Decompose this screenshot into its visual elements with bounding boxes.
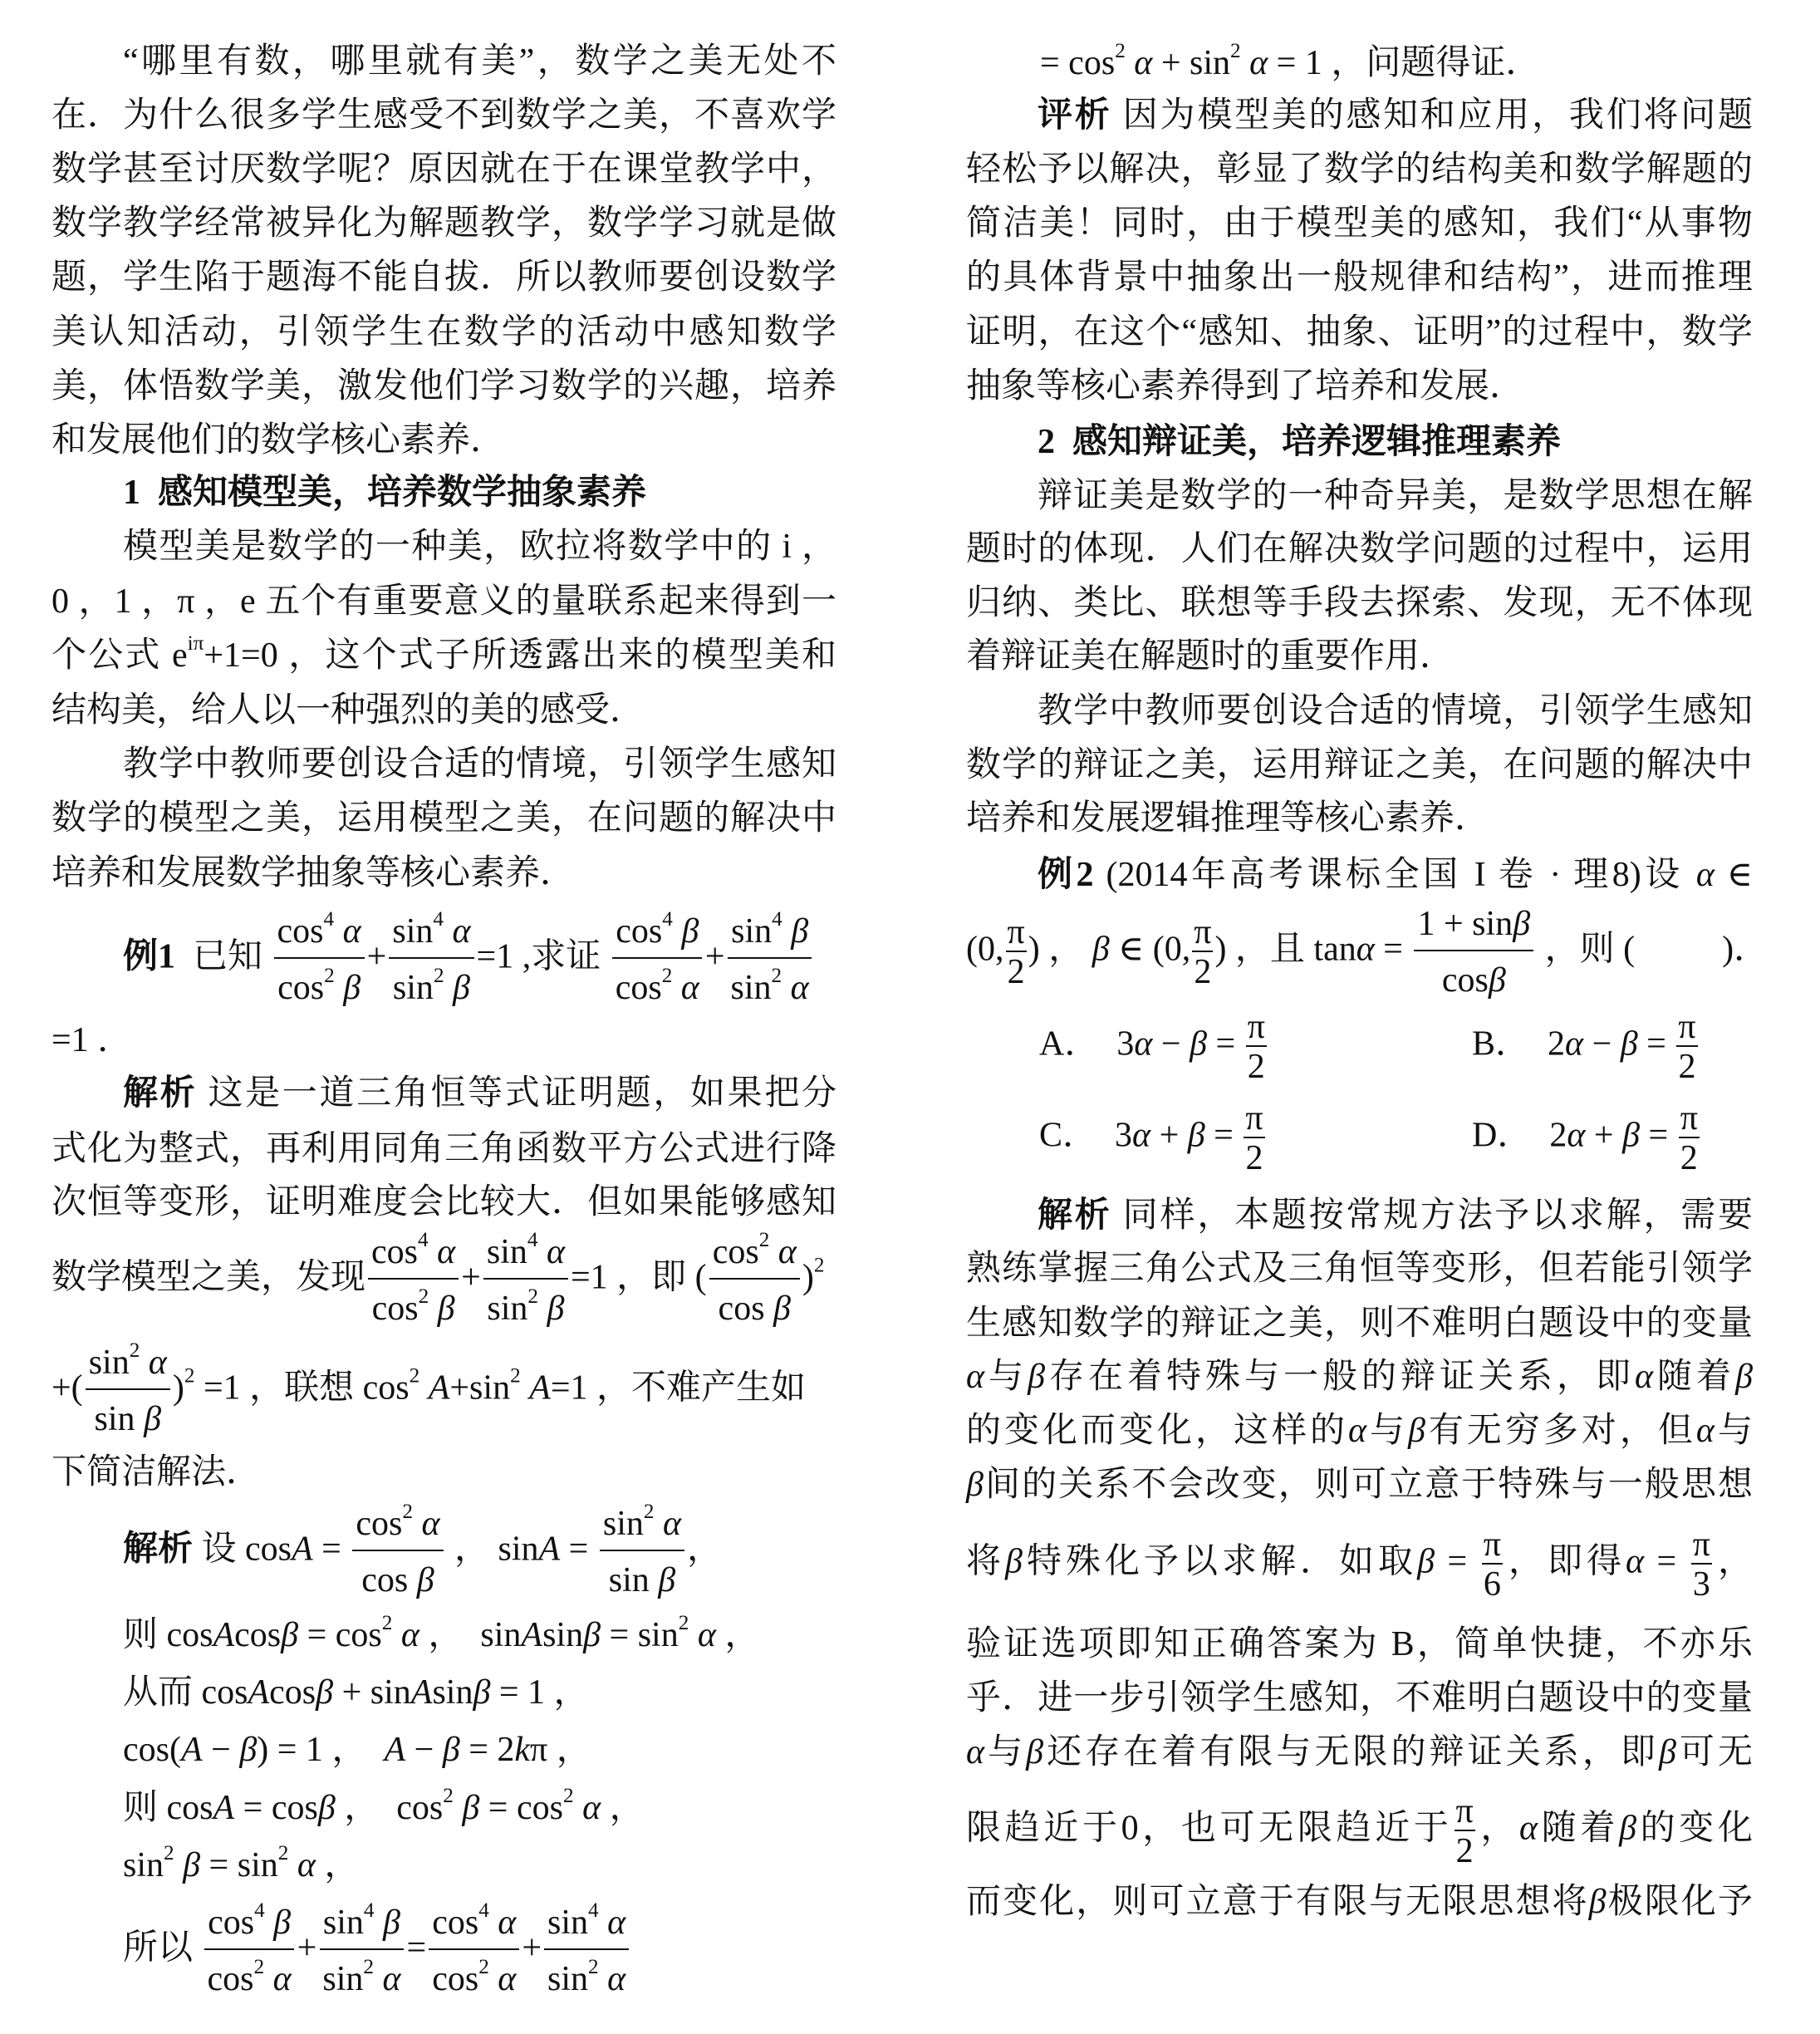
- math-variable: β: [1417, 1543, 1435, 1581]
- math-fraction: π2: [1006, 916, 1027, 989]
- text-run: π: [1680, 1099, 1698, 1137]
- math-variable: β: [1619, 1810, 1636, 1848]
- text-run: 特殊化予以求解．如取: [1023, 1543, 1417, 1581]
- text-run: 验证选项即知正确答案为 B，简单快捷，不亦乐: [966, 1625, 1753, 1663]
- fraction-numerator: π: [1246, 1010, 1267, 1047]
- fraction-numerator: π: [1455, 1795, 1475, 1831]
- commentary-paragraph-line: 的具体背景中抽象出一般规律和结构”，进而推理: [966, 257, 1753, 298]
- fraction-denominator: 2: [1006, 952, 1027, 989]
- text-run: −: [1583, 1025, 1621, 1064]
- example-2-analysis-line: 验证选项即知正确答案为 B，简单快捷，不亦乐: [966, 1624, 1753, 1665]
- text-run: =: [1640, 1117, 1677, 1155]
- math-variable: α: [1348, 1412, 1366, 1450]
- math-variable: α: [1134, 44, 1152, 82]
- text-run: = 1 ，问题得证．: [1268, 44, 1540, 82]
- fraction-numerator: π: [1006, 916, 1027, 952]
- math-variable: β: [1190, 1025, 1207, 1064]
- example-2-option-c: C． 3α + β = π2: [1039, 1102, 1267, 1175]
- text-run: =: [1644, 1543, 1690, 1581]
- commentary-paragraph-line: 抽象等核心素养得到了培养和发展．: [966, 366, 1524, 407]
- right-column: = cos2 α + sin2 α = 1 ，问题得证． 评析 因为模型美的感知…: [0, 0, 1820, 2034]
- text-run: =: [1375, 931, 1412, 969]
- text-run: =: [1207, 1025, 1244, 1064]
- text-run: [1126, 44, 1135, 82]
- math-variable: β: [966, 1466, 984, 1504]
- bold-label: 例2: [1038, 856, 1094, 894]
- example-2-option-a: A． 3α − β = π2: [1039, 1010, 1268, 1083]
- dialectical-beauty-paragraph-line: 题时的体现．人们在解决数学问题的过程中，运用: [966, 528, 1753, 570]
- math-variable: α: [1565, 1025, 1583, 1064]
- text-run: A． 3: [1039, 1025, 1134, 1064]
- math-superscript: 2: [1115, 40, 1126, 62]
- fraction-numerator: π: [1192, 916, 1213, 952]
- text-run: 抽象等核心素养得到了培养和发展．: [966, 367, 1524, 405]
- text-run: 随着: [1538, 1810, 1619, 1848]
- example-2-analysis-line: 而变化，则可立意于有限与无限思想将β极限化予: [966, 1881, 1753, 1923]
- text-run: 与: [1366, 1412, 1408, 1450]
- fraction-numerator: π: [1691, 1528, 1712, 1565]
- math-fraction: π3: [1691, 1528, 1712, 1601]
- text-run: 的具体背景中抽象出一般规律和结构”，进而推理: [966, 258, 1753, 297]
- example-2-analysis-line: 乎．进一步引领学生感知，不难明白题设中的变量: [966, 1678, 1753, 1719]
- text-run: ∈ (0,: [1110, 931, 1191, 969]
- math-variable: β: [1621, 1025, 1638, 1064]
- text-run: 着辩证美在解题时的重要作用．: [966, 637, 1455, 676]
- text-run: 2: [1194, 953, 1211, 991]
- text-run: 与: [984, 1358, 1028, 1396]
- example-2-analysis-line: 的变化而变化，这样的α与β有无穷多对，但α与: [966, 1410, 1753, 1452]
- example-2-option-b: B． 2α − β = π2: [1472, 1010, 1700, 1083]
- text-run: 6: [1484, 1565, 1501, 1604]
- commentary-paragraph-line: 简洁美！同时，由于模型美的感知，我们“从事物: [966, 203, 1753, 244]
- text-run: π: [1248, 1008, 1265, 1046]
- math-variable: α: [1696, 856, 1715, 894]
- teaching-paragraph-line: 数学的辩证之美，运用辩证之美，在问题的解决中: [966, 744, 1753, 786]
- text-run: 2: [1678, 1048, 1695, 1086]
- text-run: 限趋近于0，也可无限趋近于: [966, 1810, 1453, 1848]
- math-variable: β: [1408, 1412, 1425, 1450]
- text-run: 3: [1693, 1565, 1710, 1604]
- math-fraction: π6: [1482, 1528, 1503, 1601]
- example-2-analysis-line: 限趋近于0，也可无限趋近于π2，α随着β的变化: [966, 1795, 1753, 1868]
- text-run: ) ，且 tan: [1214, 931, 1356, 969]
- math-variable: β: [1513, 905, 1530, 943]
- text-run: + sin: [1152, 44, 1230, 82]
- fraction-denominator: 2: [1455, 1831, 1475, 1868]
- text-run: 2: [1680, 1139, 1698, 1177]
- text-run: 将: [966, 1543, 1005, 1581]
- math-variable: α: [966, 1733, 984, 1771]
- text-run: 存在着特殊与一般的辩证关系，即: [1045, 1358, 1635, 1396]
- commentary-paragraph-line: 轻松予以解决，彰显了数学的结构美和数学解题的: [966, 149, 1753, 190]
- fraction-denominator: 2: [1192, 952, 1213, 989]
- text-run: −: [1152, 1025, 1190, 1064]
- math-fraction: π2: [1244, 1102, 1264, 1175]
- text-run: 2: [1245, 1139, 1263, 1177]
- text-run: 熟练掌握三角公式及三角恒等变形，但若能引领学: [966, 1250, 1753, 1288]
- text-run: 教学中教师要创设合适的情境，引领学生感知: [1038, 692, 1753, 730]
- math-variable: α: [1696, 1412, 1715, 1450]
- teaching-paragraph-line: 教学中教师要创设合适的情境，引领学生感知: [1038, 690, 1753, 732]
- text-run: ，则 ( )．: [1536, 931, 1768, 969]
- teaching-paragraph-line: 培养和发展逻辑推理等核心素养．: [966, 798, 1489, 839]
- journal-page: “哪里有数，哪里就有美”，数学之美无处不 在．为什么很多学生感受不到数学之美，不…: [0, 0, 1820, 2034]
- fraction-numerator: 1 + sinβ: [1414, 905, 1533, 951]
- text-run: ，即得: [1504, 1543, 1626, 1581]
- math-variable: α: [1567, 1117, 1585, 1155]
- math-variable: β: [1028, 1358, 1045, 1396]
- fraction-numerator: π: [1244, 1102, 1264, 1138]
- text-run: 还存在着有限与无限的辩证关系，即: [1043, 1733, 1659, 1771]
- text-run: 与: [1715, 1412, 1753, 1450]
- text-run: 可无: [1676, 1733, 1753, 1771]
- math-fraction: π2: [1192, 916, 1213, 989]
- example-2-analysis-line: 解析 同样，本题按常规方法予以求解，需要: [1038, 1195, 1753, 1236]
- text-run: π: [1245, 1099, 1263, 1137]
- text-run: 培养和发展逻辑推理等核心素养．: [966, 799, 1489, 838]
- fraction-denominator: 2: [1679, 1138, 1700, 1175]
- fraction-denominator: 2: [1246, 1047, 1267, 1083]
- fraction-numerator: π: [1676, 1010, 1697, 1047]
- example-2-option-d: D． 2α + β = π2: [1472, 1102, 1701, 1175]
- text-run: cos: [1442, 961, 1489, 1000]
- math-variable: α: [1249, 44, 1268, 82]
- math-superscript: 2: [1230, 40, 1241, 62]
- text-run: π: [1484, 1525, 1501, 1564]
- text-run: 轻松予以解决，彰显了数学的结构美和数学解题的: [966, 150, 1753, 189]
- text-run: D． 2: [1472, 1117, 1567, 1155]
- text-run: B． 2: [1472, 1025, 1565, 1064]
- fraction-denominator: 2: [1676, 1047, 1697, 1083]
- text-run: 的变化而变化，这样的: [966, 1412, 1348, 1450]
- text-run: 2: [1248, 1048, 1265, 1086]
- text-run: 数学的辩证之美，运用辩证之美，在问题的解决中: [966, 746, 1753, 784]
- text-run: (0,: [966, 931, 1004, 969]
- text-run: 与: [984, 1733, 1026, 1771]
- fraction-numerator: π: [1679, 1102, 1700, 1138]
- text-run: 2: [1008, 953, 1025, 991]
- text-run: 2 感知辩证美，培养逻辑推理素养: [1038, 423, 1561, 461]
- text-run: (2014年高考课标全国 I 卷 · 理8)设: [1094, 856, 1696, 894]
- text-run: C． 3: [1039, 1117, 1132, 1155]
- math-variable: α: [1134, 1025, 1152, 1064]
- example-2-analysis-line: α与β还存在着有限与无限的辩证关系，即β可无: [966, 1732, 1753, 1773]
- text-run: 间的关系不会改变，则可立意于特殊与一般思想: [984, 1466, 1753, 1504]
- fraction-denominator: 2: [1244, 1138, 1264, 1175]
- math-variable: β: [1659, 1733, 1676, 1771]
- text-run: +: [1150, 1117, 1188, 1155]
- dialectical-beauty-paragraph-line: 归纳、类比、联想等手段去探索、发现，无不体现: [966, 582, 1753, 624]
- text-run: 证明，在这个“感知、抽象、证明”的过程中，数学: [966, 313, 1753, 351]
- text-run: 乎．进一步引领学生感知，不难明白题设中的变量: [966, 1679, 1753, 1717]
- text-run: π: [1008, 913, 1025, 951]
- fraction-denominator: 3: [1691, 1565, 1712, 1601]
- math-variable: β: [1092, 931, 1110, 969]
- text-run: ∈: [1715, 856, 1753, 894]
- example-2-analysis-line: 生感知数学的辩证之美，则不难明白题设中的变量: [966, 1303, 1753, 1344]
- text-run: +: [1585, 1117, 1622, 1155]
- dialectical-beauty-paragraph-line: 着辩证美在解题时的重要作用．: [966, 636, 1455, 677]
- math-variable: α: [1132, 1117, 1150, 1155]
- fraction-denominator: 6: [1482, 1565, 1503, 1601]
- math-variable: α: [1626, 1543, 1644, 1581]
- text-run: ，: [1714, 1543, 1753, 1581]
- example-2-statement: (0,π2) ， β ∈ (0,π2) ，且 tanα = 1 + sinβco…: [966, 905, 1768, 1000]
- math-fraction: π2: [1246, 1010, 1267, 1083]
- commentary-paragraph-line: 证明，在这个“感知、抽象、证明”的过程中，数学: [966, 312, 1753, 353]
- math-variable: β: [1589, 1883, 1607, 1921]
- text-run: ) ，: [1028, 931, 1092, 969]
- proof-conclusion-line: = cos2 α + sin2 α = 1 ，问题得证．: [1040, 42, 1540, 84]
- text-run: π: [1693, 1525, 1710, 1564]
- bold-label: 解析: [1038, 1196, 1112, 1235]
- math-variable: β: [1622, 1117, 1640, 1155]
- text-run: π: [1456, 1792, 1474, 1830]
- text-run: π: [1194, 913, 1211, 951]
- math-variable: β: [1489, 961, 1506, 1000]
- math-variable: β: [1026, 1733, 1043, 1771]
- math-fraction: π2: [1676, 1010, 1697, 1083]
- dialectical-beauty-paragraph-line: 辩证美是数学的一种奇异美，是数学思想在解: [1038, 475, 1753, 517]
- text-run: ，: [1477, 1810, 1519, 1848]
- text-run: 归纳、类比、联想等手段去探索、发现，无不体现: [966, 584, 1753, 622]
- text-run: 生感知数学的辩证之美，则不难明白题设中的变量: [966, 1304, 1753, 1343]
- bold-label: 评析: [1038, 96, 1112, 135]
- text-run: =: [1435, 1543, 1480, 1581]
- text-run: 2: [1456, 1832, 1474, 1870]
- example-2-analysis-line: 将β特殊化予以求解．如取β = π6，即得α = π3，: [966, 1528, 1753, 1601]
- text-run: 同样，本题按常规方法予以求解，需要: [1112, 1196, 1753, 1235]
- math-variable: α: [1356, 931, 1375, 969]
- fraction-numerator: π: [1482, 1528, 1503, 1565]
- math-fraction: 1 + sinβcosβ: [1414, 905, 1533, 1000]
- math-fraction: π2: [1455, 1795, 1475, 1868]
- text-run: 1 + sin: [1417, 905, 1513, 943]
- text-run: 而变化，则可立意于有限与无限思想将: [966, 1883, 1589, 1921]
- fraction-denominator: cosβ: [1439, 951, 1509, 1000]
- text-run: 有无穷多对，但: [1425, 1412, 1696, 1450]
- text-run: 辩证美是数学的一种奇异美，是数学思想在解: [1038, 477, 1753, 515]
- example-2-analysis-line: β间的关系不会改变，则可立意于特殊与一般思想: [966, 1464, 1753, 1506]
- commentary-paragraph-line: 评析 因为模型美的感知和应用，我们将问题: [1038, 95, 1753, 136]
- text-run: 随着: [1653, 1358, 1735, 1396]
- text-run: =: [1205, 1117, 1243, 1155]
- example-2-statement: 例2 (2014年高考课标全国 I 卷 · 理8)设 α ∈: [1038, 854, 1753, 896]
- text-run: π: [1678, 1008, 1695, 1046]
- text-run: = cos: [1040, 44, 1115, 82]
- text-run: =: [1638, 1025, 1675, 1064]
- math-variable: β: [1005, 1543, 1023, 1581]
- math-variable: α: [966, 1358, 984, 1396]
- math-variable: α: [1635, 1358, 1653, 1396]
- math-variable: β: [1188, 1117, 1205, 1155]
- section-2-heading: 2 感知辩证美，培养逻辑推理素养: [1038, 421, 1561, 463]
- text-run: 极限化予: [1607, 1883, 1753, 1921]
- text-run: 题时的体现．人们在解决数学问题的过程中，运用: [966, 530, 1753, 568]
- math-variable: β: [1735, 1358, 1753, 1396]
- math-variable: α: [1519, 1810, 1538, 1848]
- text-run: 简洁美！同时，由于模型美的感知，我们“从事物: [966, 204, 1753, 243]
- example-2-analysis-line: α与β存在着特殊与一般的辩证关系，即α随着β: [966, 1356, 1753, 1398]
- math-fraction: π2: [1679, 1102, 1700, 1175]
- text-run: 的变化: [1636, 1810, 1753, 1848]
- text-run: 因为模型美的感知和应用，我们将问题: [1112, 96, 1753, 135]
- example-2-analysis-line: 熟练掌握三角公式及三角恒等变形，但若能引领学: [966, 1248, 1753, 1290]
- text-run: [1241, 44, 1250, 82]
